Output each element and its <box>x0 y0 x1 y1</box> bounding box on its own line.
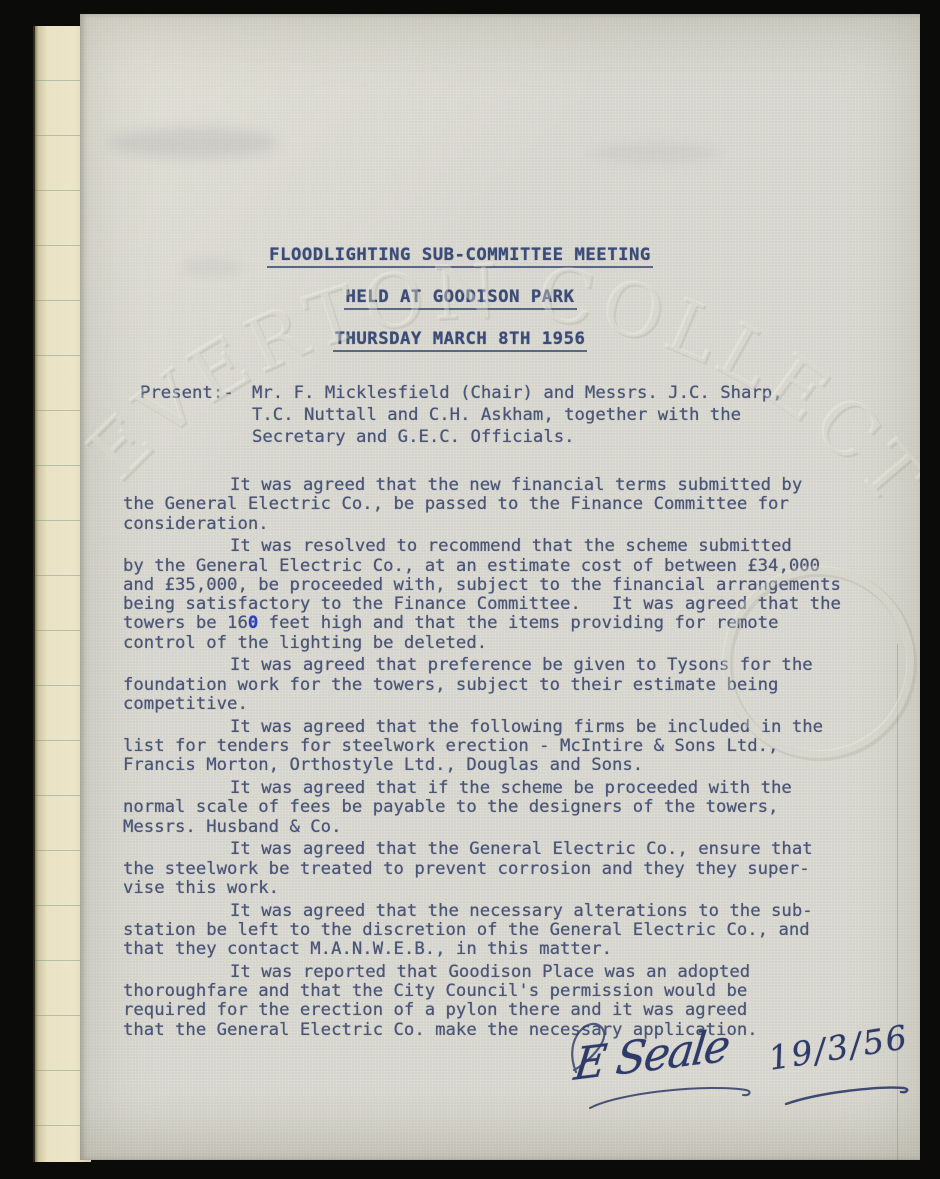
minutes-paragraph: It was agreed that the General Electric … <box>123 840 894 898</box>
bleed-through-smudge <box>590 142 720 164</box>
minutes-text: feet high and that the items providing f… <box>258 613 778 633</box>
document-sheet: FLOODLIGHTING SUB-COMMITTEE MEETING HELD… <box>80 14 920 1160</box>
minutes-line: and £35,000, be proceeded with, subject … <box>123 576 894 595</box>
minutes-text: towers be 16 <box>123 613 248 633</box>
minutes-line: It was resolved to recommend that the sc… <box>123 537 894 556</box>
minutes-line: by the General Electric Co., at an estim… <box>123 557 894 576</box>
scanned-document-background: { "document": { "title_lines": [ "FLOODL… <box>0 0 940 1179</box>
minutes-line: station be left to the discretion of the… <box>123 921 894 940</box>
minutes-line: foundation work for the towers, subject … <box>123 676 894 695</box>
minutes-line: thoroughfare and that the City Council's… <box>123 982 894 1001</box>
minutes-paragraph: It was resolved to recommend that the sc… <box>123 537 894 653</box>
attendees-text: Mr. F. Micklesfield (Chair) and Messrs. … <box>252 383 783 403</box>
present-label: Present:- <box>140 382 252 404</box>
title-line-2: HELD AT GOODISON PARK <box>344 287 577 310</box>
minutes-line: It was agreed that the following firms b… <box>123 718 894 737</box>
minutes-paragraph: It was agreed that the new financial ter… <box>123 476 894 534</box>
blue-ink-correction: 0 <box>248 613 258 633</box>
attendees-line: Present:-Mr. F. Micklesfield (Chair) and… <box>140 382 783 404</box>
minutes-paragraph: It was agreed that the necessary alterat… <box>123 902 894 960</box>
minutes-line: normal scale of fees be payable to the d… <box>123 798 894 817</box>
minutes-line: It was agreed that preference be given t… <box>123 656 894 675</box>
minutes-line: Messrs. Husband & Co. <box>123 818 894 837</box>
minutes-line: towers be 160 feet high and that the ite… <box>123 614 894 633</box>
signature-block: E Seale 19/3/56 <box>560 1012 920 1142</box>
minutes-paragraph: It was agreed that the following firms b… <box>123 718 894 776</box>
minutes-line: consideration. <box>123 515 894 534</box>
document-title: FLOODLIGHTING SUB-COMMITTEE MEETING HELD… <box>110 245 810 371</box>
minutes-line: list for tenders for steelwork erection … <box>123 737 894 756</box>
attendees-line: T.C. Nuttall and C.H. Askham, together w… <box>140 404 783 426</box>
minutes-line: It was agreed that if the scheme be proc… <box>123 779 894 798</box>
title-line-3: THURSDAY MARCH 8TH 1956 <box>333 329 588 352</box>
minutes-line: the General Electric Co., be passed to t… <box>123 495 894 514</box>
minutes-paragraph: It was agreed that if the scheme be proc… <box>123 779 894 837</box>
attendees-line: Secretary and G.E.C. Officials. <box>140 426 783 448</box>
minutes-line: vise this work. <box>123 879 894 898</box>
minutes-line: being satisfactory to the Finance Commit… <box>123 595 894 614</box>
title-line-1: FLOODLIGHTING SUB-COMMITTEE MEETING <box>267 245 653 268</box>
minutes-line: It was agreed that the General Electric … <box>123 840 894 859</box>
minutes-paragraph: It was agreed that preference be given t… <box>123 656 894 714</box>
minutes-line: It was reported that Goodison Place was … <box>123 963 894 982</box>
minutes-line: Francis Morton, Orthostyle Ltd., Douglas… <box>123 756 894 775</box>
bleed-through-smudge <box>108 128 278 158</box>
attendees-block: Present:-Mr. F. Micklesfield (Chair) and… <box>140 382 783 448</box>
minutes-line: control of the lighting be deleted. <box>123 634 894 653</box>
minutes-line: the steelwork be treated to prevent corr… <box>123 860 894 879</box>
minutes-body: It was agreed that the new financial ter… <box>123 476 894 1043</box>
minutes-line: competitive. <box>123 695 894 714</box>
minutes-line: It was agreed that the new financial ter… <box>123 476 894 495</box>
minutes-line: that they contact M.A.N.W.E.B., in this … <box>123 940 894 959</box>
minutes-line: It was agreed that the necessary alterat… <box>123 902 894 921</box>
